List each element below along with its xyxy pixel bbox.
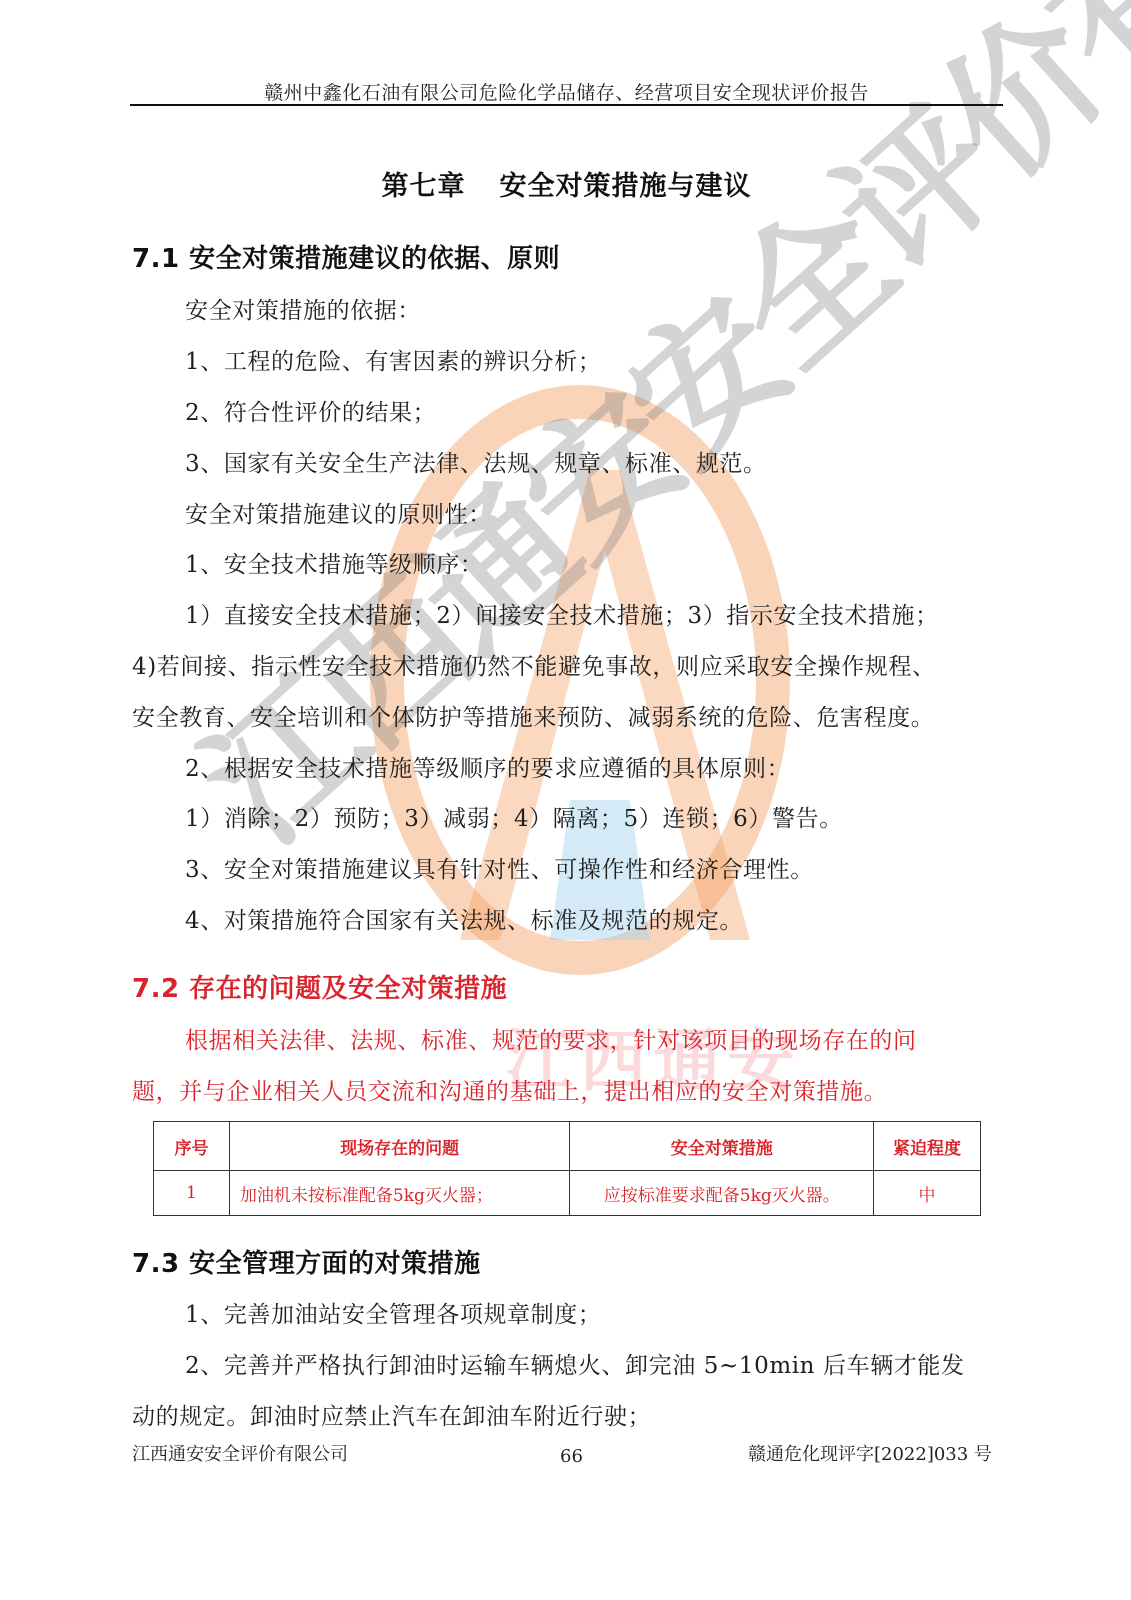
cell-urgency: 中 <box>874 1171 981 1216</box>
paragraph: 2、完善并严格执行卸油时运输车辆熄火、卸完油 5~10min 后车辆才能发 <box>185 1347 1055 1380</box>
paragraph: 题，并与企业相关人员交流和沟通的基础上，提出相应的安全对策措施。 <box>132 1073 1002 1106</box>
running-header: 赣州中鑫化石油有限公司危险化学品储存、经营项目安全现状评价报告 <box>130 78 1003 105</box>
footer-company: 江西通安安全评价有限公司 <box>132 1440 348 1466</box>
page-number: 66 <box>560 1446 583 1467</box>
column-header-index: 序号 <box>154 1122 230 1171</box>
chapter-number: 第七章 <box>382 171 466 202</box>
paragraph: 动的规定。卸油时应禁止汽车在卸油车附近行驶； <box>132 1398 1002 1431</box>
paragraph: 安全对策措施的依据： <box>185 292 1055 325</box>
paragraph: 4)若间接、指示性安全技术措施仍然不能避免事故，则应采取安全操作规程、 <box>132 648 1002 681</box>
paragraph: 3、安全对策措施建议具有针对性、可操作性和经济合理性。 <box>185 851 1055 884</box>
paragraph: 1、完善加油站安全管理各项规章制度； <box>185 1296 1055 1329</box>
column-header-urgency: 紧迫程度 <box>874 1122 981 1171</box>
header-divider <box>130 104 1003 106</box>
cell-index: 1 <box>154 1171 230 1216</box>
chapter-title: 第七章安全对策措施与建议 <box>130 164 1003 203</box>
paragraph: 安全教育、安全培训和个体防护等措施来预防、减弱系统的危险、危害程度。 <box>132 699 1002 732</box>
issues-table: 序号 现场存在的问题 安全对策措施 紧迫程度 1 加油机未按标准配备5kg灭火器… <box>153 1121 981 1216</box>
paragraph: 2、符合性评价的结果； <box>185 394 1055 427</box>
paragraph: 1）消除；2）预防；3）减弱；4）隔离；5）连锁；6）警告。 <box>185 800 1055 833</box>
table-header-row: 序号 现场存在的问题 安全对策措施 紧迫程度 <box>154 1122 981 1171</box>
paragraph: 1）直接安全技术措施；2）间接安全技术措施；3）指示安全技术措施； <box>185 597 1055 630</box>
watermark-company-text: 江西通安安全评价有限公司 <box>150 0 1131 881</box>
chapter-name: 安全对策措施与建议 <box>500 171 752 202</box>
column-header-measure: 安全对策措施 <box>570 1122 874 1171</box>
paragraph: 3、国家有关安全生产法律、法规、规章、标准、规范。 <box>185 445 1055 478</box>
paragraph: 1、安全技术措施等级顺序： <box>185 546 1055 579</box>
section-heading-7-3: 7.3 安全管理方面的对策措施 <box>132 1243 481 1280</box>
cell-issue: 加油机未按标准配备5kg灭火器； <box>229 1171 570 1216</box>
paragraph: 1、工程的危险、有害因素的辨识分析； <box>185 343 1055 376</box>
section-heading-7-1: 7.1 安全对策措施建议的依据、原则 <box>132 238 560 275</box>
section-heading-7-2: 7.2 存在的问题及安全对策措施 <box>132 968 507 1005</box>
footer-doc-number: 赣通危化现评字[2022]033 号 <box>748 1440 992 1466</box>
cell-measure: 应按标准要求配备5kg灭火器。 <box>570 1171 874 1216</box>
table-row: 1 加油机未按标准配备5kg灭火器； 应按标准要求配备5kg灭火器。 中 <box>154 1171 981 1216</box>
paragraph: 4、对策措施符合国家有关法规、标准及规范的规定。 <box>185 902 1055 935</box>
column-header-issue: 现场存在的问题 <box>229 1122 570 1171</box>
paragraph: 安全对策措施建议的原则性： <box>185 496 1055 529</box>
paragraph: 根据相关法律、法规、标准、规范的要求，针对该项目的现场存在的问 <box>185 1022 1055 1055</box>
paragraph: 2、根据安全技术措施等级顺序的要求应遵循的具体原则： <box>185 750 1055 783</box>
